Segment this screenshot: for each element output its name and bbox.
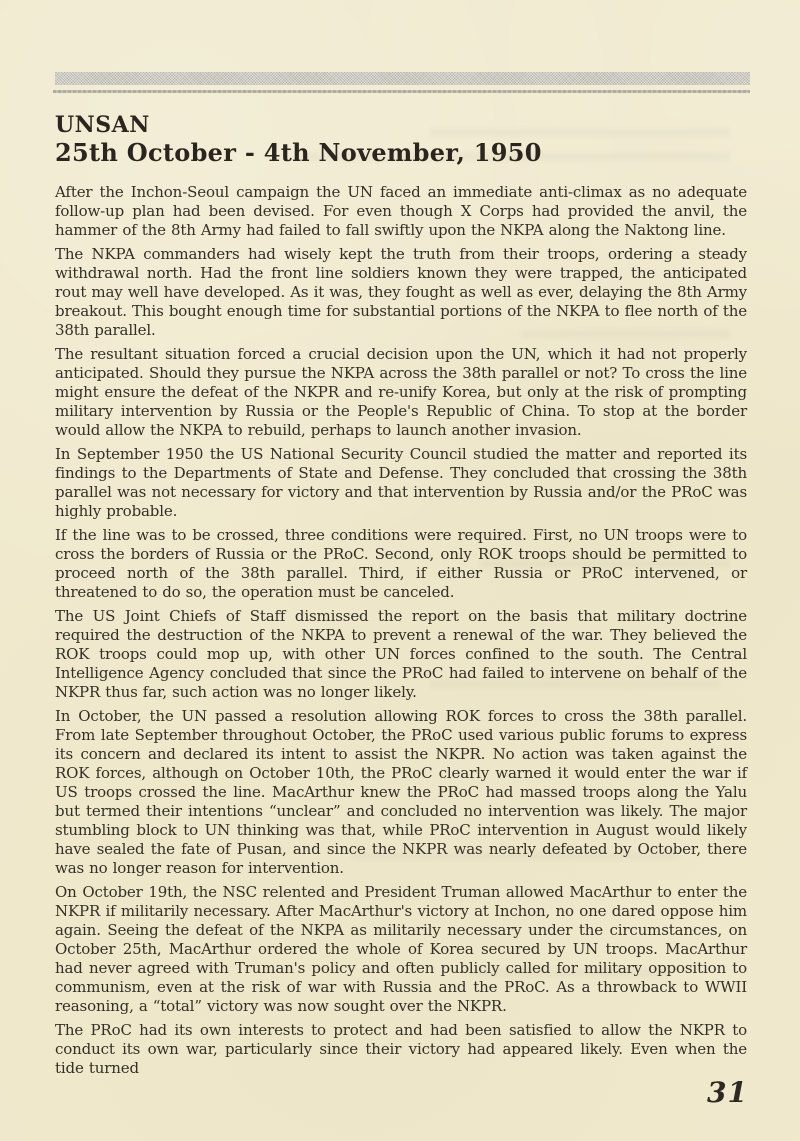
decorative-rule-thick — [55, 72, 750, 85]
paragraph: If the line was to be crossed, three con… — [55, 526, 747, 602]
paragraph: The resultant situation forced a crucial… — [55, 345, 747, 440]
page-number: 31 — [707, 1076, 748, 1109]
paragraph: In September 1950 the US National Securi… — [55, 445, 747, 521]
section-title: UNSAN — [55, 112, 755, 138]
decorative-rule-thin — [53, 90, 750, 93]
section-heading: UNSAN 25th October - 4th November, 1950 — [55, 112, 755, 168]
paragraph: On October 19th, the NSC relented and Pr… — [55, 883, 747, 1016]
paragraph: After the Inchon-Seoul campaign the UN f… — [55, 183, 747, 240]
paragraph: In October, the UN passed a resolution a… — [55, 707, 747, 878]
paragraph: The US Joint Chiefs of Staff dismissed t… — [55, 607, 747, 702]
paragraph: The PRoC had its own interests to protec… — [55, 1021, 747, 1078]
paragraph: The NKPA commanders had wisely kept the … — [55, 245, 747, 340]
section-subtitle: 25th October - 4th November, 1950 — [55, 138, 755, 168]
body-text: After the Inchon-Seoul campaign the UN f… — [55, 183, 747, 1083]
scanned-page: UNSAN 25th October - 4th November, 1950 … — [0, 0, 800, 1141]
